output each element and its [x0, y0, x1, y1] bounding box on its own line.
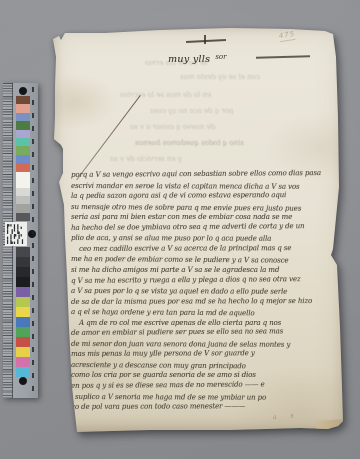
showthrough-line: por q de aca no ay cosa	[150, 107, 234, 115]
color-patch	[16, 204, 30, 212]
manuscript-line: mas mis penas la muy ylle persona de V s…	[71, 350, 255, 359]
color-patch	[16, 121, 30, 129]
manuscript-line: de mi senor don juan vara senora dona ju…	[71, 340, 290, 349]
showthrough-line: sino q todos quedamos buenos	[135, 139, 244, 147]
registration-dashes	[32, 87, 34, 392]
color-patch	[16, 155, 30, 163]
color-patch	[16, 146, 30, 154]
color-patch	[16, 287, 30, 297]
card-barcode-label: ▛▘▌▌▖▌▐▘▙ ▖▌▛▐▘▌▙▖▌▐	[5, 222, 27, 246]
manuscript-line: co de pol vara pues con todo caso menest…	[71, 402, 245, 411]
color-patch	[16, 196, 30, 204]
ink-showthrough: se no de los ermocon el se oy desto mase…	[90, 57, 335, 175]
showthrough-line: con el se oy desto mas	[180, 73, 260, 81]
manuscript-page: muy ylls sor 475 se no de los ermocon el…	[50, 27, 346, 433]
color-patch	[16, 267, 30, 277]
manuscript-line: acresciente y a descanse con muy gran pr…	[71, 361, 246, 370]
color-calibration-target: ▛▘▌▌▖▌▐▘▙ ▖▌▛▐▘▌▙▖▌▐	[3, 83, 38, 398]
showthrough-line: y en servicio de v sa	[110, 155, 182, 163]
manuscript-line: suplico a V senoria me haga md de se me …	[75, 393, 266, 402]
manuscript-line: de amor en embiar si pudiere ser pues se…	[71, 328, 283, 338]
paper-sheet: muy ylls sor 475 se no de los ermocon el…	[50, 27, 346, 433]
color-patch	[16, 297, 30, 307]
color-patch	[16, 163, 30, 171]
flourish-line	[186, 39, 226, 43]
manuscript-line: si me ha dicho amigos mi parte a V sa se…	[71, 266, 279, 274]
color-patch	[16, 247, 30, 257]
invocation-cross-icon	[204, 35, 206, 44]
manuscript-line: A qm de ro col me escrive apenas de ello…	[79, 319, 281, 327]
color-patch	[16, 138, 30, 146]
color-patch	[16, 347, 30, 357]
color-patch	[16, 104, 30, 112]
manuscript-line: la q pedia sazon agora asi q de vi como …	[71, 191, 286, 200]
manuscript-line: a q el se haya ordene y era tan para la …	[71, 308, 255, 317]
manuscript-line: en pos q y si es se diese sea mas de no …	[71, 381, 265, 390]
manuscript-line: seria asi para mi bien estar con mes de …	[71, 213, 292, 221]
manuscript-line: q V sa me ha escrito y ruega a ella y pl…	[71, 275, 301, 285]
color-patch	[16, 257, 30, 267]
showthrough-line: en lo de mas se lo escrivo	[120, 91, 211, 99]
color-patch	[16, 337, 30, 347]
manuscript-line: me ha en poder de embiar como se le pudi…	[71, 255, 289, 265]
showthrough-line: se no de los ermo	[145, 59, 207, 67]
color-patch	[16, 96, 30, 104]
label-mark-row: ▌▙▖▌▐	[7, 239, 27, 244]
manuscript-text-block: porq a V sa vengo escrivo aqui con sebas…	[71, 171, 331, 421]
color-patch	[16, 213, 30, 221]
archival-folio-number: 475	[278, 30, 296, 42]
manuscript-line: a V sa pues por lo q se vista ya aquel e…	[71, 287, 287, 296]
color-patch	[16, 113, 30, 121]
manuscript-line: escrivi mandar en seroe la vista el capi…	[71, 182, 300, 191]
registration-dot	[19, 87, 27, 95]
manuscript-line: de sa de dar la misma pues por esa md se…	[71, 297, 312, 306]
photograph-background: ▛▘▌▌▖▌▐▘▙ ▖▌▛▐▘▌▙▖▌▐ muy ylls sor 475 se…	[0, 0, 360, 459]
color-patch	[16, 188, 30, 196]
manuscript-line: porq a V sa vengo escrivo aqui con sebas…	[71, 169, 321, 179]
color-patch	[16, 277, 30, 287]
color-patch	[16, 307, 30, 317]
showthrough-line: de nuevo q avisar a v sa	[130, 123, 215, 131]
manuscript-line: como los cria por se guarda senoria de s…	[71, 371, 256, 379]
color-patch	[16, 357, 30, 367]
color-patch	[16, 317, 30, 327]
manuscript-line: plio de aca, y ansi se alua me puso por …	[71, 234, 271, 243]
color-patch	[16, 367, 30, 377]
color-patch	[16, 172, 30, 188]
manuscript-line: ha hecho del se doe ymbiava otro sea q m…	[71, 222, 304, 232]
color-patch	[16, 327, 30, 337]
torn-corner	[316, 419, 345, 430]
manuscript-line: su mensaje otro mes de sobre para q me e…	[71, 203, 301, 213]
color-patch	[16, 130, 30, 138]
manuscript-line: ceo mez cadillo escrive a V sa acerca de…	[79, 244, 291, 253]
registration-dot	[19, 377, 27, 385]
